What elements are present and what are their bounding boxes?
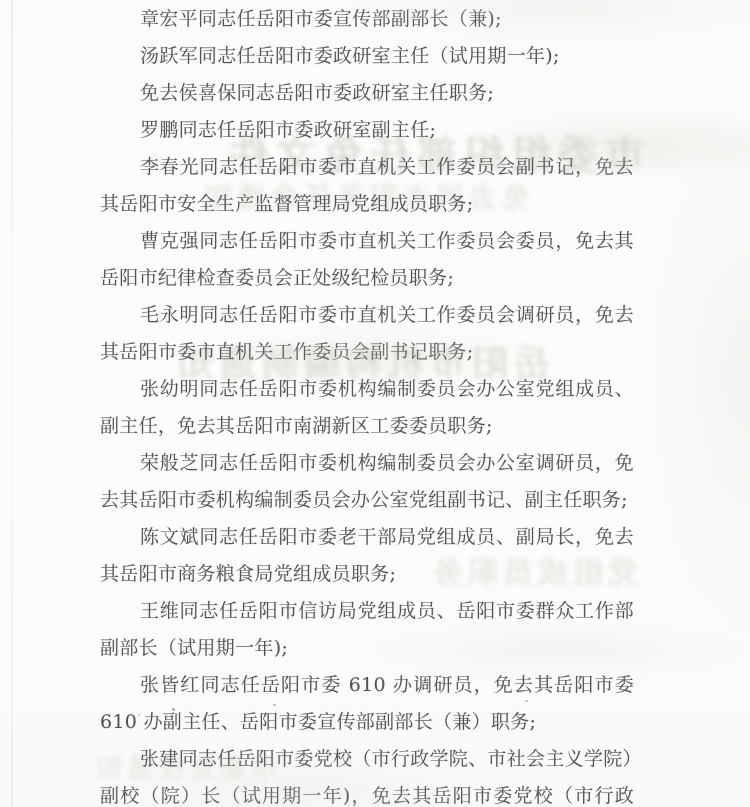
document-line: 陈文斌同志任岳阳市委老干部局党组成员、副局长，免去	[100, 519, 634, 556]
document-line: 李春光同志任岳阳市委市直机关工作委员会副书记，免去	[100, 149, 634, 186]
document-line: 610 办副主任、岳阳市委宣传部副部长（兼）职务;	[100, 704, 634, 741]
document-line: 副校（院）长（试用期一年)，免去其岳阳市委党校（市行政	[100, 778, 634, 807]
document-line: 罗鹏同志任岳阳市委政研室副主任;	[100, 112, 634, 149]
document-line: 张建同志任岳阳市委党校（市行政学院、市社会主义学院）	[100, 741, 634, 778]
document-line: 毛永明同志任岳阳市委市直机关工作委员会调研员，免去	[100, 297, 634, 334]
document-line: 曹克强同志任岳阳市委市直机关工作委员会委员，免去其	[100, 223, 634, 260]
document-line: 汤跃军同志任岳阳市委政研室主任（试用期一年);	[100, 38, 634, 75]
document-line: 其岳阳市委市直机关工作委员会副书记职务;	[100, 334, 634, 371]
document-body: 章宏平同志任岳阳市委宣传部副部长（兼); 汤跃军同志任岳阳市委政研室主任（试用期…	[0, 1, 750, 807]
document-line: 王维同志任岳阳市信访局党组成员、岳阳市委群众工作部	[100, 593, 634, 630]
document-line: 免去侯喜保同志岳阳市委政研室主任职务;	[100, 75, 634, 112]
document-line: 副部长（试用期一年);	[100, 630, 634, 667]
document-line: 副主任，免去其岳阳市南湖新区工委委员职务;	[100, 408, 634, 445]
document-line: 其岳阳市商务粮食局党组成员职务;	[100, 556, 634, 593]
scanned-document-page: 市委组织部任免文件 免去同志职务任命通知 岳阳市机构编制通知 党组成员职务 市委…	[0, 0, 750, 807]
document-line: 张幼明同志任岳阳市委机构编制委员会办公室党组成员、	[100, 371, 634, 408]
document-line: 岳阳市纪律检查委员会正处级纪检员职务;	[100, 260, 634, 297]
document-line: 章宏平同志任岳阳市委宣传部副部长（兼);	[100, 1, 634, 38]
document-line: 荣般芝同志任岳阳市委机构编制委员会办公室调研员，免	[100, 445, 634, 482]
document-line: 张皆红同志任岳阳市委 610 办调研员，免去其岳阳市委	[100, 667, 634, 704]
document-line: 其岳阳市安全生产监督管理局党组成员职务;	[100, 186, 634, 223]
document-line: 去其岳阳市委机构编制委员会办公室党组副书记、副主任职务;	[100, 482, 634, 519]
